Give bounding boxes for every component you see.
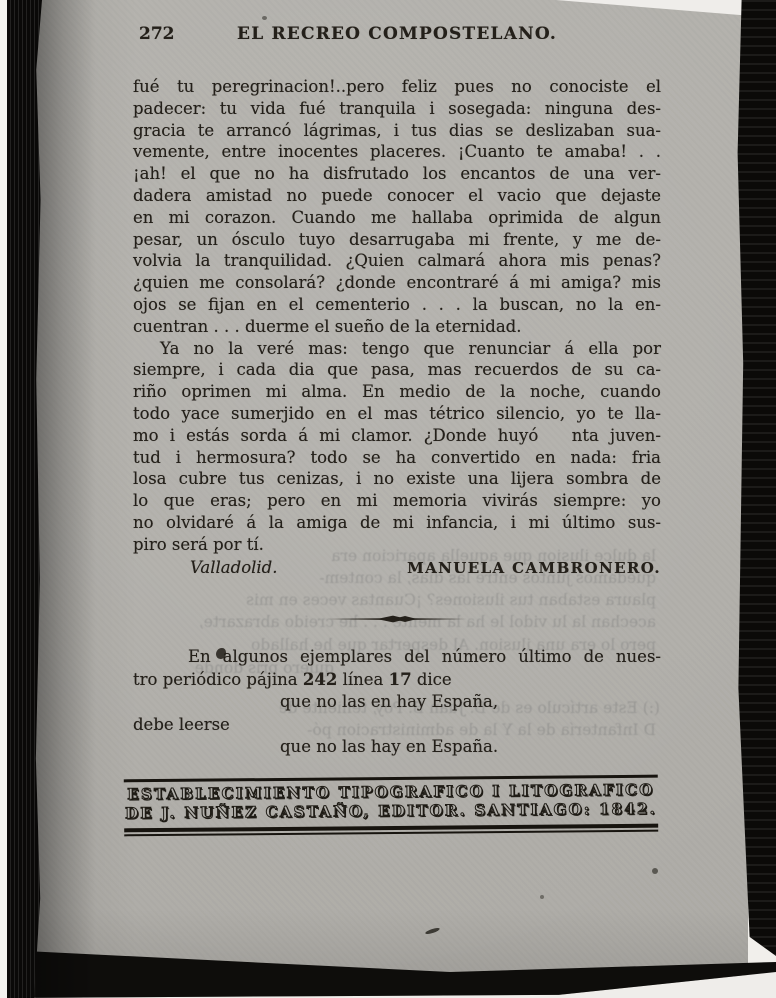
body-line: vemente, entre inocentes placeres. ¡Cuan… xyxy=(133,141,661,163)
body-line: ¡ah! el que no ha disfrutado los encanto… xyxy=(133,163,661,185)
errata-page-ref: 242 xyxy=(303,670,337,689)
ink-speck xyxy=(652,868,658,874)
errata-line: tro periódico pájina 242 línea 17 dice xyxy=(133,669,661,692)
signature-row: Valladolid. MANUELA CAMBRONERO. xyxy=(133,557,661,580)
spine-shadow xyxy=(36,0,96,998)
running-title: EL RECREO COMPOSTELANO. xyxy=(133,24,661,44)
body-line: pesar, un ósculo tuyo desarrugaba mi fre… xyxy=(133,229,661,251)
body-line: cuentran . . . duerme el sueño de la ete… xyxy=(133,316,661,338)
body-line: no olvidaré á la amiga de mi infancia, i… xyxy=(133,512,661,534)
errata-quote-wrong: que no las en hay España, xyxy=(133,691,661,714)
body-line: ojos se fijan en el cementerio . . . la … xyxy=(133,294,661,316)
printer-colophon: ESTABLECIMIENTO TIPOGRAFICO I LITOGRAFIC… xyxy=(124,775,658,837)
ink-speck xyxy=(540,895,544,899)
errata-text: dice xyxy=(412,670,452,689)
errata-line-ref: 17 xyxy=(389,670,412,689)
errata-text: tro periódico pájina xyxy=(133,670,303,689)
ink-speck xyxy=(262,16,267,20)
body-line: Ya no la veré mas: tengo que renunciar á… xyxy=(133,338,661,360)
errata-line: En algunos ejemplares del número último … xyxy=(133,646,661,669)
bleedthrough-text: plaura estaban tus ilusiones? ¡Cuantas v… xyxy=(134,591,656,609)
signature-author: MANUELA CAMBRONERO. xyxy=(407,558,661,580)
errata-text: línea xyxy=(337,670,388,689)
errata-notice: En algunos ejemplares del número último … xyxy=(133,646,661,759)
section-divider-ornament xyxy=(323,610,471,629)
body-line: gracia te arrancó lágrimas, i tus dias s… xyxy=(133,120,661,142)
body-line: dadera amistad no puede conocer el vacio… xyxy=(133,185,661,207)
body-line: piro será por tí. xyxy=(133,534,661,556)
body-line: volvia la tranquilidad. ¿Quien calmará a… xyxy=(133,250,661,272)
errata-quote-right: que no las hay en España. xyxy=(133,736,661,759)
body-line: losa cubre tus cenizas, i no existe una … xyxy=(133,468,661,490)
body-line: fué tu peregrinacion!..pero feliz pues n… xyxy=(133,76,661,98)
text-column: fué tu peregrinacion!..pero feliz pues n… xyxy=(133,76,661,579)
colophon-text: ESTABLECIMIENTO TIPOGRAFICO I LITOGRAFIC… xyxy=(124,778,658,826)
errata-line: debe leerse xyxy=(133,714,661,737)
body-line: todo yace sumerjido en el mas tétrico si… xyxy=(133,403,661,425)
body-line: en mi corazon. Cuando me hallaba oprimid… xyxy=(133,207,661,229)
body-line: lo que eras; pero en mi memoria vivirás … xyxy=(133,490,661,512)
colophon-line: DE J. NUÑEZ CASTAÑO, EDITOR. SANTIAGO: 1… xyxy=(124,800,658,824)
scanner-background-left xyxy=(0,0,7,998)
scanned-book-page: la dulce ilusion que aquella aparicion e… xyxy=(0,0,776,998)
body-line: siempre, i cada dia que pasa, mas recuer… xyxy=(133,359,661,381)
body-line: mo i estás sorda á mi clamor. ¿Donde huy… xyxy=(133,425,661,447)
book-spine-edge xyxy=(6,0,42,998)
signature-place: Valladolid. xyxy=(190,557,278,579)
body-line: tud i hermosura? todo se ha convertido e… xyxy=(133,447,661,469)
body-line: ¿quien me consolará? ¿donde encontraré á… xyxy=(133,272,661,294)
body-line: riño oprimen mi alma. En medio de la noc… xyxy=(133,381,661,403)
body-line: padecer: tu vida fué tranquila i sosegad… xyxy=(133,98,661,120)
